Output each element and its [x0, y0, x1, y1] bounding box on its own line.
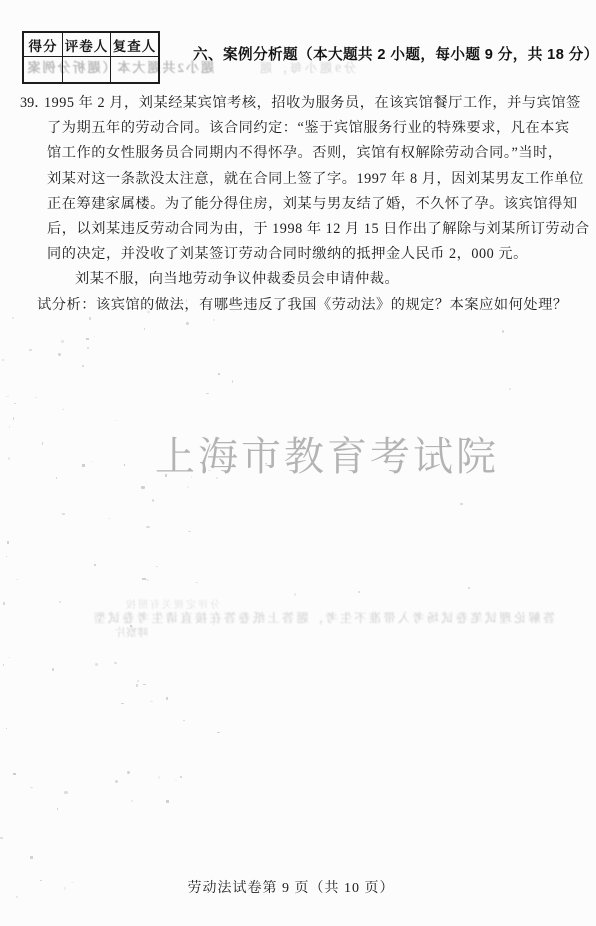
scan-speckle — [156, 566, 157, 567]
scan-speckle — [121, 703, 124, 705]
scan-speckle — [468, 587, 470, 589]
scan-speckle — [150, 701, 153, 702]
scan-speckle — [146, 579, 149, 581]
scan-speckle — [82, 365, 84, 367]
scan-speckle — [2, 359, 4, 361]
scan-speckle — [213, 319, 214, 321]
scan-speckle — [30, 787, 33, 788]
score-table-cell-score — [24, 57, 63, 82]
scan-speckle — [509, 388, 511, 390]
question-line: 同的决定，并没收了刘某签订劳动合同时缴纳的抵押金人民币 2，000 元。 — [20, 242, 586, 267]
scan-speckle — [188, 531, 191, 532]
scan-speckle — [87, 347, 89, 349]
scan-speckle — [115, 780, 118, 783]
scan-speckle — [57, 808, 59, 810]
question-line: 了为期五年的劳动合同。该合同约定：“鉴于宾馆服务行业的特殊要求，凡在本宾 — [20, 116, 586, 141]
scan-speckle — [213, 623, 215, 625]
scan-speckle — [142, 578, 145, 581]
scan-speckle — [502, 330, 504, 333]
scan-speckle — [175, 780, 177, 781]
question-block: 39．1995 年 2 月，刘某经某宾馆考核，招收为服务员，在该宾馆餐厅工作，并… — [20, 91, 586, 318]
scan-speckle — [58, 353, 61, 356]
scan-speckle — [9, 657, 10, 658]
question-line: 正在筹建家属楼。为了能分得住房，刘某与男友结了婚，不久怀了孕。该宾馆得知 — [20, 192, 586, 217]
section-heading: 六、案例分析题（本大题共 2 小题，每小题 9 分，共 18 分） — [193, 46, 585, 64]
scan-speckle — [115, 420, 117, 421]
scan-speckle — [195, 582, 198, 583]
scan-speckle — [232, 380, 233, 383]
score-table-header-reviewer: 复查人 — [111, 33, 158, 57]
scan-speckle — [136, 684, 139, 687]
score-table-cell-reviewer — [111, 57, 158, 82]
scan-speckle — [158, 776, 160, 779]
bleedthrough-text: 答解论理试笔卷试场考入带准不生考，题答上纸卷答在接直请生考卷试型题非 — [95, 609, 555, 626]
scan-speckle — [217, 732, 220, 733]
scan-speckle — [30, 856, 33, 859]
scan-speckle — [114, 662, 117, 665]
scan-speckle — [130, 625, 133, 628]
scan-speckle — [62, 409, 64, 410]
scan-speckle — [94, 336, 95, 337]
scan-speckle — [152, 499, 155, 502]
scan-speckle — [137, 680, 139, 682]
question-line: 刘某对这一条款没太注意，就在合同上签了字。1997 年 8 月，因刘某男友工作单… — [20, 167, 586, 192]
scan-speckle — [186, 322, 189, 325]
scan-speckle — [131, 800, 133, 803]
scan-speckle — [183, 720, 185, 722]
scan-speckle — [187, 486, 189, 488]
scan-speckle — [218, 373, 221, 375]
scan-speckle — [64, 791, 68, 794]
question-prompt: 试分析：该宾馆的做法，有哪些违反了我国《劳动法》的规定？本案应如何处理？ — [20, 293, 586, 318]
scanned-exam-page: 题小2共题大本（题析分例案 分9题小每，题 分评定规关有照按 答解论理试笔卷试场… — [0, 0, 596, 926]
scan-speckle — [127, 771, 130, 774]
scan-speckle — [146, 526, 150, 529]
scan-speckle — [108, 518, 110, 519]
score-table-header-grader: 评卷人 — [63, 33, 111, 57]
scan-speckle — [294, 593, 296, 596]
scan-speckle — [460, 503, 462, 505]
question-line: 馆工作的女性服务员合同期内不得怀孕。否则，宾馆有权解除劳动合同。”当时， — [20, 141, 586, 166]
scan-speckle — [7, 541, 9, 544]
scan-speckle — [144, 328, 146, 330]
scan-speckle — [12, 317, 14, 319]
scan-speckle — [6, 728, 7, 729]
scan-speckle — [143, 684, 146, 685]
bleedthrough-text: 哮察片 — [88, 624, 148, 640]
scan-speckle — [8, 457, 10, 460]
scan-speckle — [94, 564, 96, 565]
question-line-text: 1995 年 2 月，刘某经某宾馆考核，招收为服务员，在该宾馆餐厅工作，并与宾馆… — [44, 95, 581, 111]
scan-speckle — [6, 396, 9, 397]
bleedthrough-text: 分评定规关有照按 — [70, 596, 220, 611]
scan-speckle — [92, 461, 93, 463]
watermark-text: 上海市教育考试院 — [155, 433, 475, 481]
question-line: 39．1995 年 2 月，刘某经某宾馆考核，招收为服务员，在该宾馆餐厅工作，并… — [20, 91, 586, 116]
scan-speckle — [42, 442, 43, 445]
scan-speckle — [6, 556, 7, 557]
scan-speckle — [0, 837, 3, 839]
scan-speckle — [3, 602, 5, 604]
scan-speckle — [59, 601, 61, 603]
question-line: 后，以刘某违反劳动合同为由，于 1998 年 12 月 15 日作出了解除与刘某… — [20, 217, 586, 242]
scan-speckle — [95, 663, 98, 666]
scan-speckle — [56, 477, 57, 479]
scan-speckle — [124, 464, 125, 466]
scan-speckle — [14, 403, 16, 404]
scan-speckle — [180, 776, 182, 778]
scan-speckle — [13, 773, 16, 775]
question-number: 39． — [20, 91, 44, 116]
scan-speckle — [52, 668, 54, 671]
scan-speckle — [35, 397, 37, 399]
scan-speckle — [9, 426, 11, 428]
scan-speckle — [29, 349, 32, 352]
scan-speckle — [62, 513, 65, 515]
scan-speckle — [16, 579, 18, 581]
score-table-cell-grader — [63, 57, 111, 82]
scan-speckle — [166, 800, 169, 803]
scan-speckle — [3, 664, 5, 666]
scan-speckle — [358, 591, 359, 594]
score-table: 得分 评卷人 复查人 — [22, 31, 160, 84]
score-table-header-score: 得分 — [24, 33, 63, 57]
scan-speckle — [13, 417, 15, 420]
scan-speckle — [82, 464, 85, 467]
scan-speckle — [141, 486, 145, 488]
scan-speckle — [166, 697, 168, 700]
scan-speckle — [206, 393, 210, 394]
scan-speckle — [61, 340, 64, 343]
question-line: 刘某不服，向当地劳动争议仲裁委员会申请仲裁。 — [20, 267, 586, 292]
page-footer: 劳动法试卷第 9 页（共 10 页） — [0, 877, 582, 897]
scan-speckle — [86, 338, 89, 340]
